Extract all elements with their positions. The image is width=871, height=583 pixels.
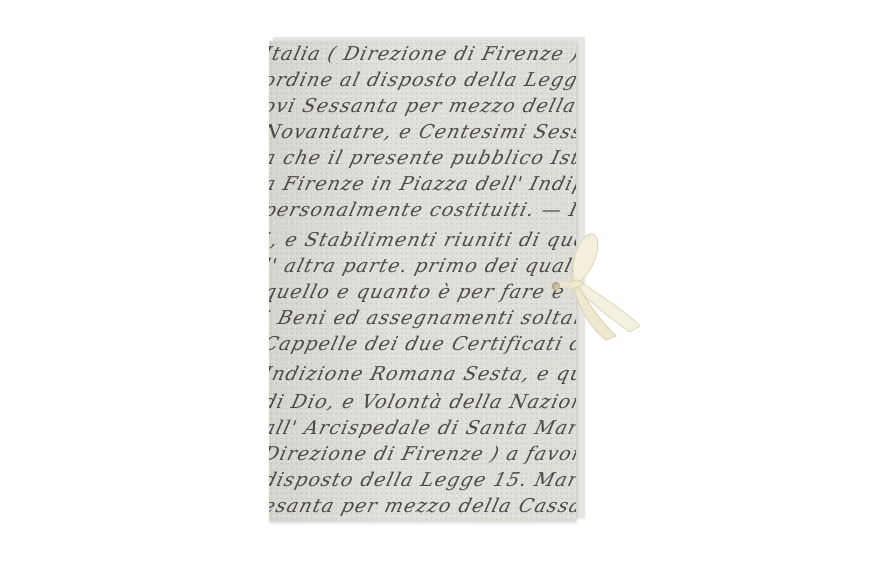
manuscript-line: ovi Sessanta per mezzo della Cassa bbox=[269, 95, 576, 117]
manuscript-line: Italia ( Direzione di Firenze ) a favore bbox=[269, 43, 576, 65]
manuscript-line: i, e Stabilimenti riuniti di questa bbox=[269, 229, 576, 251]
manuscript-line: personalmente costituiti. — Illmo Signor bbox=[269, 199, 576, 221]
ribbon-bow-icon[interactable] bbox=[560, 232, 650, 344]
manuscript-line: quello e quanto è per fare e bbox=[269, 281, 568, 303]
manuscript-line: a che il presente pubblico Istrum bbox=[269, 147, 576, 169]
manuscript-line: l' altra parte. primo dei quali bbox=[269, 255, 576, 277]
folder-front-cover: Italia ( Direzione di Firenze ) a favore… bbox=[269, 41, 576, 522]
manuscript-line: Direzione di Firenze ) a favore del bbox=[269, 443, 576, 465]
manuscript-line: Cappelle dei due Certificati di Re bbox=[269, 333, 576, 355]
manuscript-line: esanta per mezzo della Cassa Depositi, e bbox=[269, 495, 576, 517]
manuscript-line: disposto della Legge 15. Marzo Milleotto bbox=[269, 469, 576, 491]
manuscript-line: a Firenze in Piazza dell' Indipendenza bbox=[269, 173, 576, 195]
manuscript-line: all' Arcispedale di Santa Maria Nuova, bbox=[269, 417, 576, 439]
manuscript-line: Novantatre, e Centesimi Sessanta, per bbox=[269, 121, 576, 143]
manuscript-line: di Dio, e Volontà della Nazione Re d' bbox=[269, 391, 576, 413]
manuscript-line: Indizione Romana Sesta, e questo di bbox=[269, 363, 576, 385]
manuscript-line: i Beni ed assegnamenti soltanto di bbox=[269, 307, 576, 329]
manuscript-line: ordine al disposto della Legge 15. Marzo bbox=[269, 69, 576, 91]
ribbon-hole bbox=[552, 282, 560, 291]
